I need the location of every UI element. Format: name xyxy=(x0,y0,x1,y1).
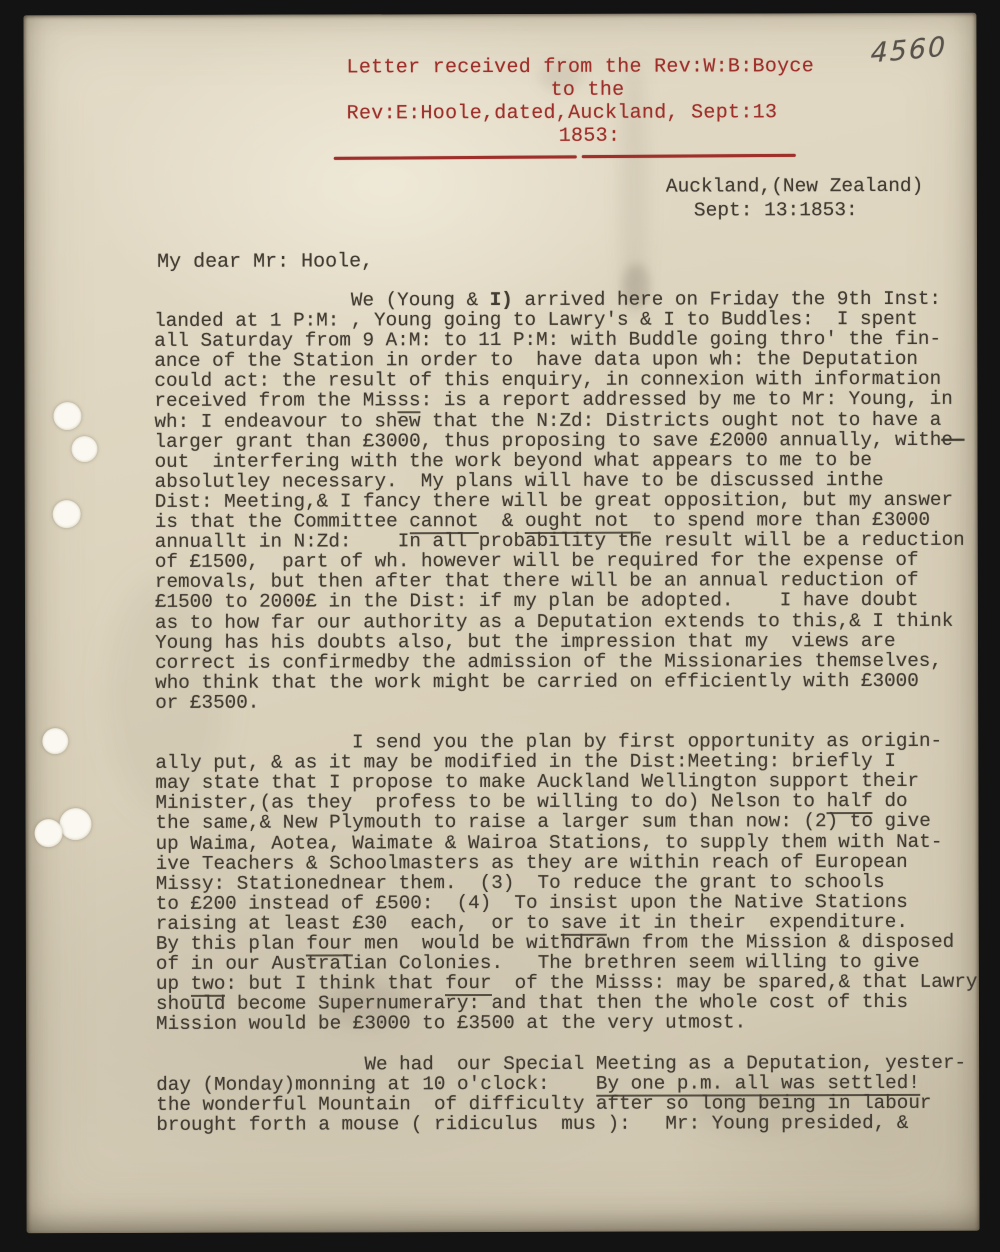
punch-hole xyxy=(53,402,81,430)
letter-line: or £3500. xyxy=(155,691,979,713)
punch-hole xyxy=(35,819,63,847)
header-rule-left xyxy=(334,155,577,159)
punch-hole xyxy=(42,728,68,754)
typed-text: e- xyxy=(941,428,964,450)
letter-body: We (Young & I) arrived here on Friday th… xyxy=(154,289,979,1135)
letter-line: Mission would be £3000 to £3500 at the v… xyxy=(156,1012,980,1034)
typed-text: or £3500. xyxy=(155,692,259,714)
salutation: My dear Mr: Hoole, xyxy=(157,250,373,274)
typed-text: brought forth a mouse ( ridiculus mus ):… xyxy=(156,1112,908,1136)
letter-line: brought forth a mouse ( ridiculus mus ):… xyxy=(156,1112,979,1134)
typed-text: up xyxy=(156,973,191,995)
dateline-place: Auckland,(New Zealand) xyxy=(666,175,924,198)
typed-text: who think that the work might be carried… xyxy=(155,670,919,694)
scanned-letter-page: { "scan": { "archive_number": "4560" }, … xyxy=(0,0,1000,1252)
letter-line: who think that the work might be carried… xyxy=(155,670,979,692)
punch-hole xyxy=(72,436,98,462)
typed-text: I) xyxy=(490,289,513,311)
header-line-2: to the xyxy=(551,79,625,102)
header-line-4: 1853: xyxy=(559,125,621,148)
dateline-date: Sept: 13:1853: xyxy=(694,199,858,221)
letter-paper: Letter received from the Rev:W:B:Boyce t… xyxy=(23,13,979,1233)
punch-hole xyxy=(59,808,91,840)
typed-text: By this plan xyxy=(156,933,306,955)
typed-text: Mission would be £3000 to £3500 at the v… xyxy=(156,1012,746,1036)
punch-hole xyxy=(53,500,81,528)
header-line-3: Rev:E:Hoole,dated,Auckland, Sept:13 xyxy=(347,101,778,125)
header-line-1: Letter received from the Rev:W:B:Boyce xyxy=(347,55,815,79)
header-rule-right xyxy=(582,154,796,158)
archive-number: 4560 xyxy=(870,31,947,69)
typed-text: & xyxy=(479,510,525,532)
